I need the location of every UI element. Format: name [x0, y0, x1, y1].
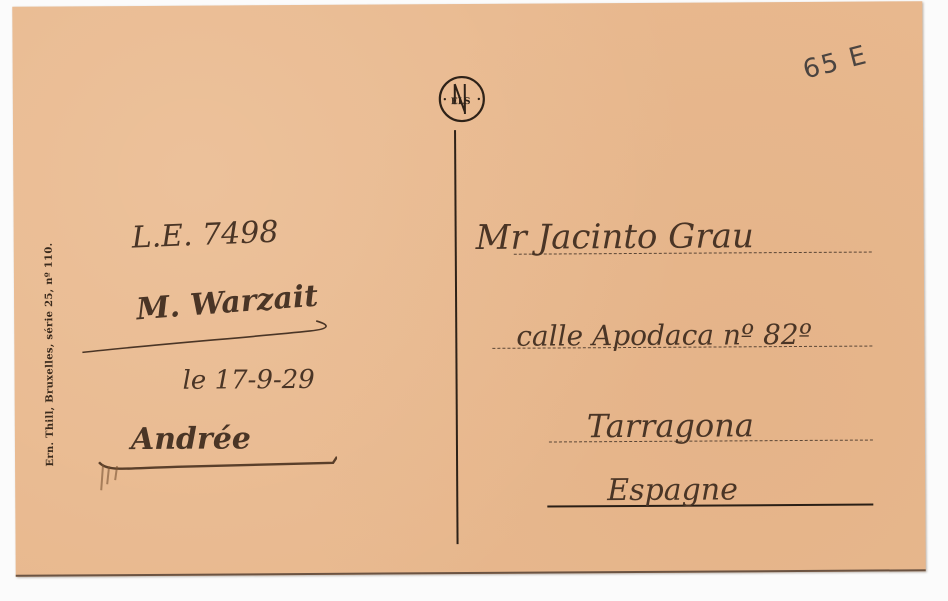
recipient-country: Espagne	[607, 472, 738, 508]
message-reference: L.E. 7498	[131, 215, 279, 256]
signature-underline	[97, 453, 337, 504]
recipient-name: Mr Jacinto Grau	[476, 216, 754, 258]
sender-flourish	[80, 315, 330, 357]
message-signature: Andrée	[131, 421, 251, 457]
publisher-imprint: Ern. Thill, Bruxelles, série 25, nº 110.	[44, 243, 56, 467]
pencil-price-note: 65 E	[800, 40, 871, 85]
recipient-city: Tarragona	[587, 406, 754, 445]
address-divider-line	[454, 130, 459, 544]
svg-text:ELS: ELS	[451, 97, 471, 107]
recipient-street: calle Apodaca nº 82º	[516, 318, 812, 353]
message-date: le 17-9-29	[182, 365, 314, 396]
nels-logo-icon: ELS	[437, 74, 487, 124]
postcard: Ern. Thill, Bruxelles, série 25, nº 110.…	[12, 1, 925, 577]
